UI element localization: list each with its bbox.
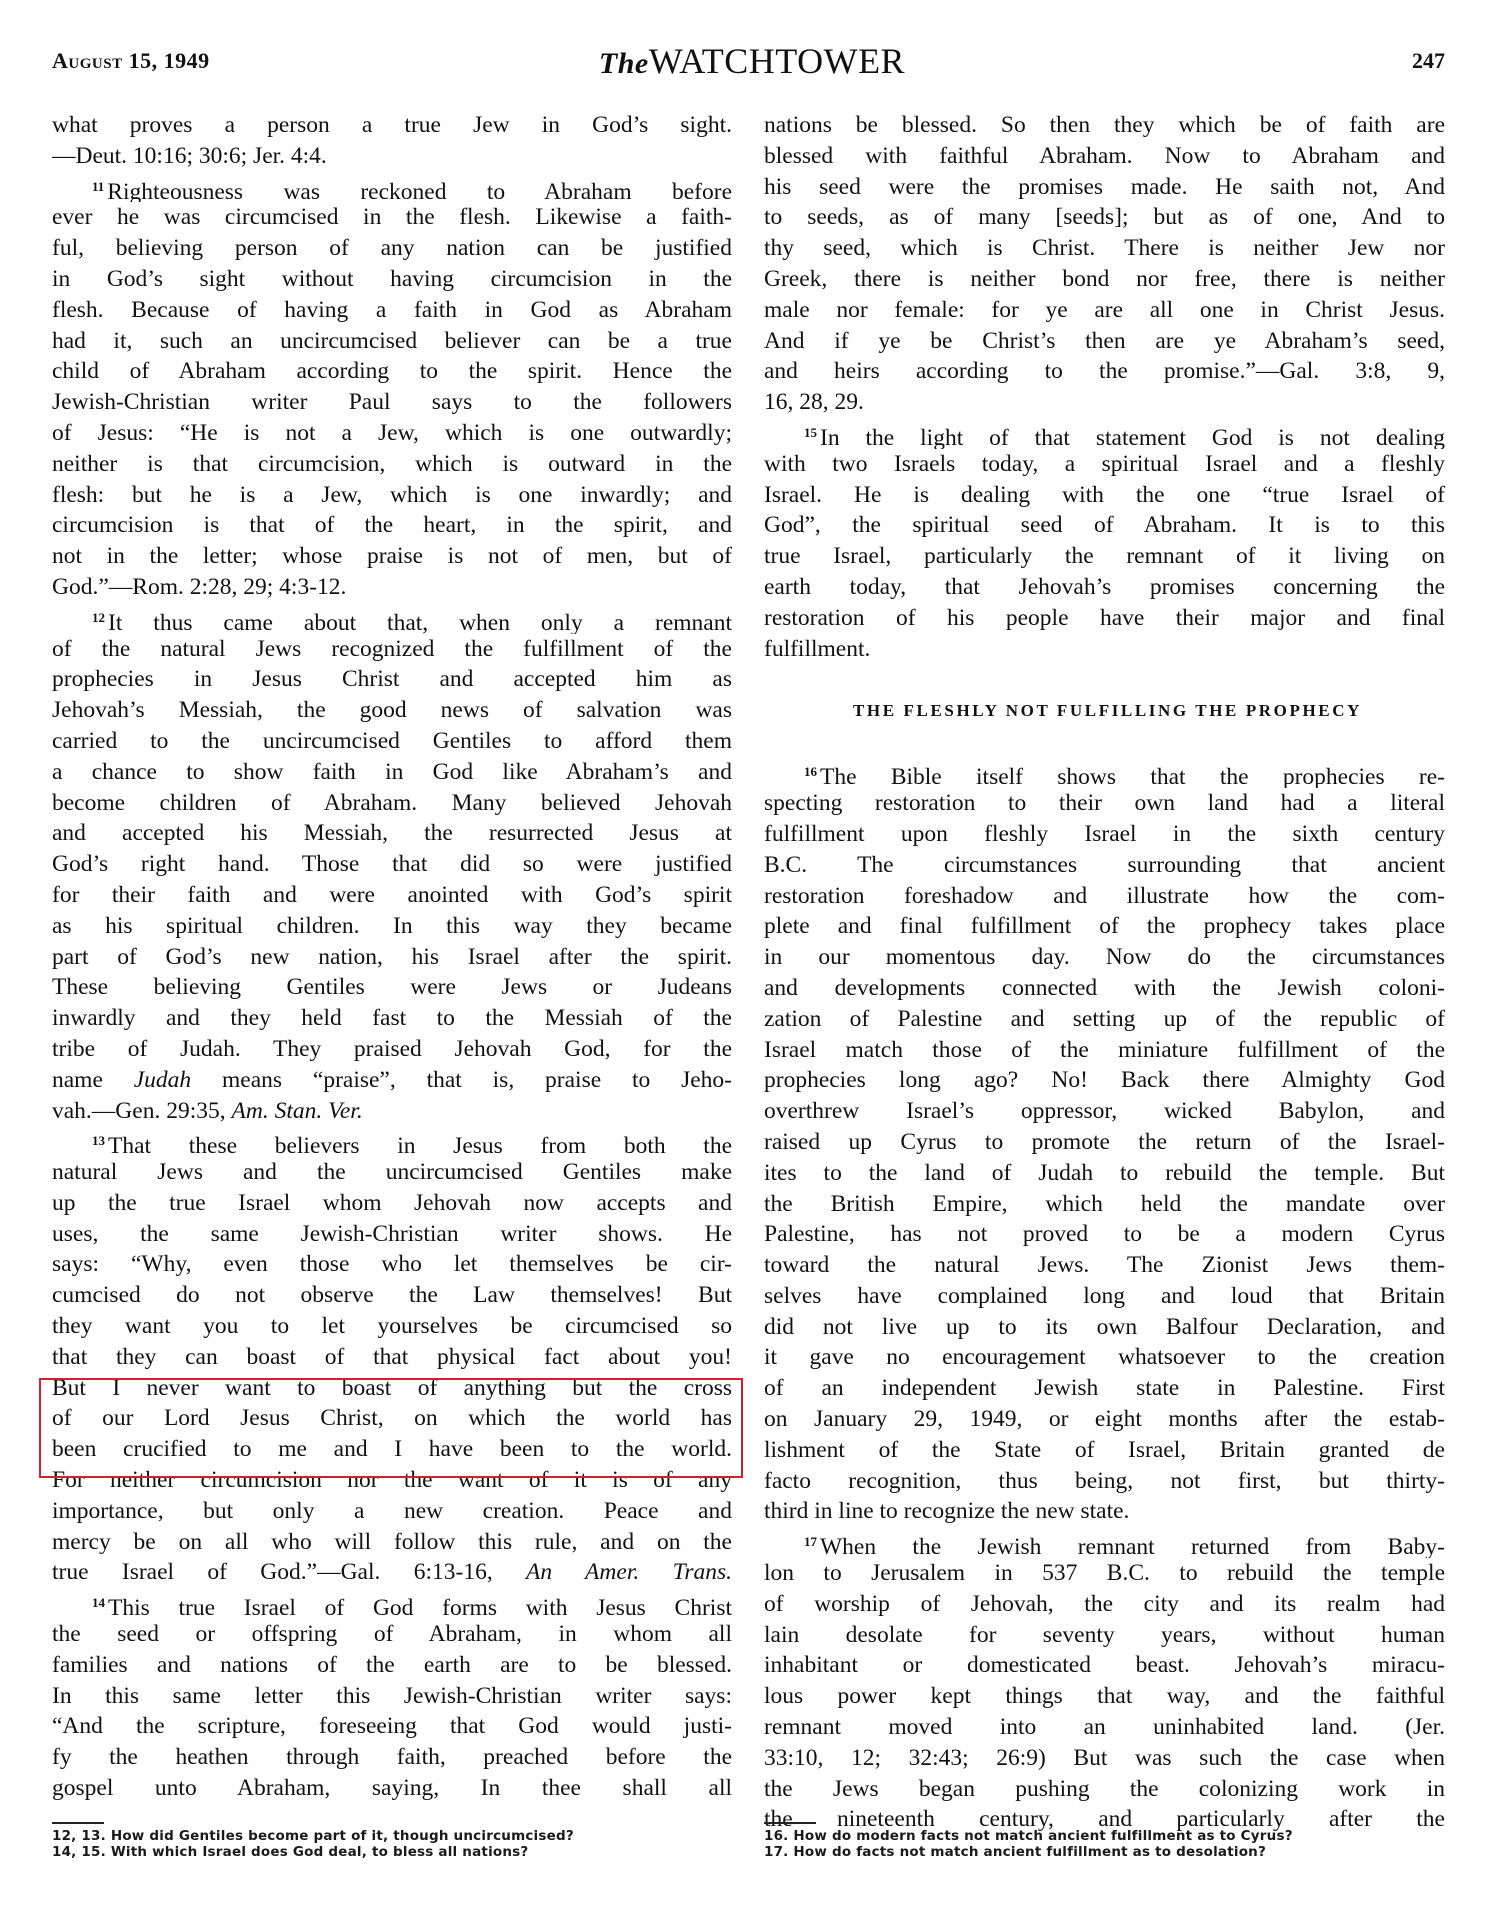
paragraph-start-line: 14This true Israel of God forms with Jes… xyxy=(52,1588,732,1619)
line-text: of worship of Jehovah, the city and its … xyxy=(764,1591,1445,1617)
line-text: for their faith and were anointed with G… xyxy=(52,882,732,908)
title-main: WATCHTOWER xyxy=(649,41,905,81)
text-line: in our momentous day. Now do the circums… xyxy=(764,942,1445,973)
paragraph-number: 17 xyxy=(804,1534,817,1549)
line-text: male nor female: for ye are all one in C… xyxy=(764,297,1445,323)
line-text: his seed were the promises made. He sait… xyxy=(764,174,1445,200)
line-text: blessed with faithful Abraham. Now to Ab… xyxy=(764,143,1445,169)
publication-title: TheWATCHTOWER xyxy=(567,40,937,82)
text-line: true Israel, particularly the remnant of… xyxy=(764,541,1445,572)
line-text: name Judah means “praise”, that is, prai… xyxy=(52,1067,732,1093)
text-line: that they can boast of that physical fac… xyxy=(52,1342,732,1373)
paragraph-number: 16 xyxy=(804,764,817,779)
text-line: and heirs according to the promise.”—Gal… xyxy=(764,356,1445,387)
line-text: on January 29, 1949, or eight months aft… xyxy=(764,1406,1445,1432)
footnote-rule-right xyxy=(764,1822,816,1824)
italic-reference: Judah xyxy=(134,1067,191,1093)
line-text: Greek, there is neither bond nor free, t… xyxy=(764,266,1445,292)
text-line: fulfillment. xyxy=(764,634,1445,665)
footnote-question: 12, 13. How did Gentiles become part of … xyxy=(52,1829,574,1845)
text-line: ful, believing person of any nation can … xyxy=(52,233,732,264)
text-line: families and nations of the earth are to… xyxy=(52,1650,732,1681)
text-line: natural Jews and the uncircumcised Genti… xyxy=(52,1157,732,1188)
section-subheading: THE FLESHLY NOT FULFILLING THE PROPHECY xyxy=(764,664,1445,757)
text-line: did not live up to its own Balfour Decla… xyxy=(764,1312,1445,1343)
text-line: of our Lord Jesus Christ, on which the w… xyxy=(52,1403,732,1434)
text-line: “And the scripture, foreseeing that God … xyxy=(52,1711,732,1742)
line-text: thy seed, which is Christ. There is neit… xyxy=(764,235,1445,261)
text-line: been crucified to me and I have been to … xyxy=(52,1434,732,1465)
line-text: ites to the land of Judah to rebuild the… xyxy=(764,1160,1445,1186)
text-line: blessed with faithful Abraham. Now to Ab… xyxy=(764,141,1445,172)
text-line: on January 29, 1949, or eight months aft… xyxy=(764,1404,1445,1435)
text-line: neither is that circumcision, which is o… xyxy=(52,449,732,480)
line-text: in God’s sight without having circumcisi… xyxy=(52,266,732,292)
text-line: zation of Palestine and setting up of th… xyxy=(764,1004,1445,1035)
text-line: flesh: but he is a Jew, which is one inw… xyxy=(52,480,732,511)
text-line: importance, but only a new creation. Pea… xyxy=(52,1496,732,1527)
text-line: and developments connected with the Jewi… xyxy=(764,973,1445,1004)
line-text: raised up Cyrus to promote the return of… xyxy=(764,1129,1445,1155)
text-line: flesh. Because of having a faith in God … xyxy=(52,295,732,326)
text-line: prophecies long ago? No! Back there Almi… xyxy=(764,1065,1445,1096)
title-prefix: The xyxy=(599,47,649,80)
text-line: for their faith and were anointed with G… xyxy=(52,880,732,911)
line-text: tribe of Judah. They praised Jehovah God… xyxy=(52,1036,732,1062)
line-text: to seeds, as of many [seeds]; but as of … xyxy=(764,204,1445,230)
text-line: tribe of Judah. They praised Jehovah God… xyxy=(52,1034,732,1065)
text-line: cumcised do not observe the Law themselv… xyxy=(52,1280,732,1311)
text-line: But I never want to boast of anything bu… xyxy=(52,1373,732,1404)
line-text: and developments connected with the Jewi… xyxy=(764,975,1445,1001)
paragraph-number: 15 xyxy=(804,425,817,440)
line-text: neither is that circumcision, which is o… xyxy=(52,451,732,477)
text-line: inhabitant or domesticated beast. Jehova… xyxy=(764,1650,1445,1681)
line-text: circumcision is that of the heart, in th… xyxy=(52,512,732,538)
text-line: up the true Israel whom Jehovah now acce… xyxy=(52,1188,732,1219)
text-line: selves have complained long and loud tha… xyxy=(764,1281,1445,1312)
text-line: circumcision is that of the heart, in th… xyxy=(52,510,732,541)
text-line: lishment of the State of Israel, Britain… xyxy=(764,1435,1445,1466)
text-line: gospel unto Abraham, saying, In thee sha… xyxy=(52,1773,732,1804)
footnotes-left: 12, 13. How did Gentiles become part of … xyxy=(52,1829,574,1860)
line-text: restoration foreshadow and illustrate ho… xyxy=(764,883,1445,909)
line-text: lous power kept things that way, and the… xyxy=(764,1683,1445,1709)
line-text: selves have complained long and loud tha… xyxy=(764,1283,1445,1309)
line-text: that they can boast of that physical fac… xyxy=(52,1344,732,1370)
line-text: the Jews began pushing the colonizing wo… xyxy=(764,1776,1445,1802)
line-text: And if ye be Christ’s then are ye Abraha… xyxy=(764,328,1445,354)
line-text: God”, the spiritual seed of Abraham. It … xyxy=(764,512,1445,538)
paragraph-number: 12 xyxy=(92,610,105,625)
text-line: restoration foreshadow and illustrate ho… xyxy=(764,881,1445,912)
text-line: 16, 28, 29. xyxy=(764,387,1445,418)
text-line: specting restoration to their own land h… xyxy=(764,788,1445,819)
text-line: true Israel of God.”—Gal. 6:13-16, An Am… xyxy=(52,1557,732,1588)
text-line: inwardly and they held fast to the Messi… xyxy=(52,1003,732,1034)
text-line: uses, the same Jewish-Christian writer s… xyxy=(52,1219,732,1250)
line-text: true Israel, particularly the remnant of… xyxy=(764,543,1445,569)
line-text: been crucified to me and I have been to … xyxy=(52,1436,732,1462)
text-line: a chance to show faith in God like Abrah… xyxy=(52,757,732,788)
paragraph-start-line: 17When the Jewish remnant returned from … xyxy=(764,1527,1445,1558)
text-line: child of Abraham according to the spirit… xyxy=(52,356,732,387)
text-line: ever he was circumcised in the flesh. Li… xyxy=(52,202,732,233)
paragraph-start-line: 13That these believers in Jesus from bot… xyxy=(52,1126,732,1157)
text-line: earth today, that Jehovah’s promises con… xyxy=(764,572,1445,603)
line-text: of our Lord Jesus Christ, on which the w… xyxy=(52,1405,732,1431)
italic-reference: Am. Stan. Ver. xyxy=(232,1098,363,1124)
text-line: had it, such an uncircumcised believer c… xyxy=(52,326,732,357)
line-text: third in line to recognize the new state… xyxy=(764,1498,1129,1524)
paragraph-start-line: 16The Bible itself shows that the prophe… xyxy=(764,757,1445,788)
line-text: lishment of the State of Israel, Britain… xyxy=(764,1437,1445,1463)
line-text: they want you to let yourselves be circu… xyxy=(52,1313,732,1339)
line-text: says: “Why, even those who let themselve… xyxy=(52,1251,732,1277)
line-text: become children of Abraham. Many believe… xyxy=(52,790,732,816)
line-text: This true Israel of God forms with Jesus… xyxy=(108,1595,732,1619)
page-header: August 15, 1949 TheWATCHTOWER 247 xyxy=(52,40,1445,88)
line-text: what proves a person a true Jew in God’s… xyxy=(52,112,732,138)
line-text: prophecies in Jesus Christ and accepted … xyxy=(52,666,732,692)
text-line: lous power kept things that way, and the… xyxy=(764,1681,1445,1712)
line-text: nations be blessed. So then they which b… xyxy=(764,112,1445,138)
line-text: But I never want to boast of anything bu… xyxy=(52,1375,732,1401)
line-text: in our momentous day. Now do the circums… xyxy=(764,944,1445,970)
line-text: and heirs according to the promise.”—Gal… xyxy=(764,358,1445,384)
line-text: plete and final fulfillment of the proph… xyxy=(764,913,1445,939)
line-text: Righteousness was reckoned to Abraham be… xyxy=(107,179,732,203)
text-line: of an independent Jewish state in Palest… xyxy=(764,1373,1445,1404)
line-text: In the light of that statement God is no… xyxy=(820,425,1445,449)
line-text: fulfillment upon fleshly Israel in the s… xyxy=(764,821,1445,847)
text-line: to seeds, as of many [seeds]; but as of … xyxy=(764,202,1445,233)
line-text: Israel. He is dealing with the one “true… xyxy=(764,482,1445,508)
line-text: The Bible itself shows that the propheci… xyxy=(820,764,1445,788)
line-text: These believing Gentiles were Jews or Ju… xyxy=(52,974,732,1000)
line-text: 16, 28, 29. xyxy=(764,389,864,415)
line-text: Palestine, has not proved to be a modern… xyxy=(764,1221,1445,1247)
text-line: God.”—Rom. 2:28, 29; 4:3-12. xyxy=(52,572,732,603)
text-line: male nor female: for ye are all one in C… xyxy=(764,295,1445,326)
text-line: his seed were the promises made. He sait… xyxy=(764,172,1445,203)
line-text: natural Jews and the uncircumcised Genti… xyxy=(52,1159,732,1185)
line-text: When the Jewish remnant returned from Ba… xyxy=(820,1534,1445,1558)
text-line: Greek, there is neither bond nor free, t… xyxy=(764,264,1445,295)
text-line: of Jesus: “He is not a Jew, which is one… xyxy=(52,418,732,449)
line-text: of Jesus: “He is not a Jew, which is one… xyxy=(52,420,732,446)
footnote-question: 14, 15. With which Israel does God deal,… xyxy=(52,1845,574,1861)
line-text: fulfillment. xyxy=(764,636,870,662)
text-line: of worship of Jehovah, the city and its … xyxy=(764,1589,1445,1620)
line-text: families and nations of the earth are to… xyxy=(52,1652,732,1678)
text-line: remnant moved into an uninhabited land. … xyxy=(764,1712,1445,1743)
footnote-question: 17. How do facts not match ancient fulfi… xyxy=(764,1845,1293,1861)
text-line: become children of Abraham. Many believe… xyxy=(52,788,732,819)
line-text: God’s right hand. Those that did so were… xyxy=(52,851,732,877)
italic-reference: An Amer. Trans. xyxy=(526,1559,732,1585)
text-line: God”, the spiritual seed of Abraham. It … xyxy=(764,510,1445,541)
line-text: uses, the same Jewish-Christian writer s… xyxy=(52,1221,732,1247)
text-line: plete and final fulfillment of the proph… xyxy=(764,911,1445,942)
text-line: God’s right hand. Those that did so were… xyxy=(52,849,732,880)
text-line: of the natural Jews recognized the fulfi… xyxy=(52,634,732,665)
line-text: gospel unto Abraham, saying, In thee sha… xyxy=(52,1775,732,1801)
line-text: cumcised do not observe the Law themselv… xyxy=(52,1282,732,1308)
text-line: the seed or offspring of Abraham, in who… xyxy=(52,1619,732,1650)
line-text: “And the scripture, foreseeing that God … xyxy=(52,1713,732,1739)
paragraph-start-line: 15In the light of that statement God is … xyxy=(764,418,1445,449)
footnote-rule-left xyxy=(52,1822,104,1824)
line-text: —Deut. 10:16; 30:6; Jer. 4:4. xyxy=(52,143,327,169)
footnote-question: 16. How do modern facts not match ancien… xyxy=(764,1829,1293,1845)
text-line: restoration of his people have their maj… xyxy=(764,603,1445,634)
text-line: what proves a person a true Jew in God’s… xyxy=(52,110,732,141)
line-text: remnant moved into an uninhabited land. … xyxy=(764,1714,1445,1740)
text-line: mercy be on all who will follow this rul… xyxy=(52,1527,732,1558)
line-text: prophecies long ago? No! Back there Almi… xyxy=(764,1067,1445,1093)
text-line: —Deut. 10:16; 30:6; Jer. 4:4. xyxy=(52,141,732,172)
line-text: mercy be on all who will follow this rul… xyxy=(52,1529,732,1555)
text-line: the Jews began pushing the colonizing wo… xyxy=(764,1774,1445,1805)
text-line: in God’s sight without having circumcisi… xyxy=(52,264,732,295)
line-text: with two Israels today, a spiritual Isra… xyxy=(764,451,1445,477)
line-text: For neither circumcision nor the want of… xyxy=(52,1467,732,1493)
line-text: did not live up to its own Balfour Decla… xyxy=(764,1314,1445,1340)
text-line: 33:10, 12; 32:43; 26:9) But was such the… xyxy=(764,1743,1445,1774)
page-number: 247 xyxy=(1412,48,1445,74)
text-line: These believing Gentiles were Jews or Ju… xyxy=(52,972,732,1003)
line-text: true Israel of God.”—Gal. 6:13-16, An Am… xyxy=(52,1559,732,1585)
text-line: lon to Jerusalem in 537 B.C. to rebuild … xyxy=(764,1558,1445,1589)
line-text: inhabitant or domesticated beast. Jehova… xyxy=(764,1652,1445,1678)
text-line: prophecies in Jesus Christ and accepted … xyxy=(52,664,732,695)
line-text: the British Empire, which held the manda… xyxy=(764,1191,1445,1217)
text-line: fy the heathen through faith, preached b… xyxy=(52,1742,732,1773)
paragraph-number: 13 xyxy=(92,1133,105,1148)
line-text: it gave no encouragement whatsoever to t… xyxy=(764,1344,1445,1370)
line-text: In this same letter this Jewish-Christia… xyxy=(52,1683,732,1709)
line-text: ful, believing person of any nation can … xyxy=(52,235,732,261)
line-text: lain desolate for seventy years, without… xyxy=(764,1622,1445,1648)
text-line: with two Israels today, a spiritual Isra… xyxy=(764,449,1445,480)
text-line: Jehovah’s Messiah, the good news of salv… xyxy=(52,695,732,726)
line-text: vah.—Gen. 29:35, Am. Stan. Ver. xyxy=(52,1098,363,1124)
text-line: overthrew Israel’s oppressor, wicked Bab… xyxy=(764,1096,1445,1127)
line-text: the seed or offspring of Abraham, in who… xyxy=(52,1621,732,1647)
paragraph-number: 11 xyxy=(92,179,104,194)
text-line: nations be blessed. So then they which b… xyxy=(764,110,1445,141)
line-text: inwardly and they held fast to the Messi… xyxy=(52,1005,732,1031)
line-text: up the true Israel whom Jehovah now acce… xyxy=(52,1190,732,1216)
line-text: and accepted his Messiah, the resurrecte… xyxy=(52,820,732,846)
text-line: And if ye be Christ’s then are ye Abraha… xyxy=(764,326,1445,357)
text-line: not in the letter; whose praise is not o… xyxy=(52,541,732,572)
line-text: of an independent Jewish state in Palest… xyxy=(764,1375,1445,1401)
line-text: had it, such an uncircumcised believer c… xyxy=(52,328,732,354)
paragraph-start-line: 12It thus came about that, when only a r… xyxy=(52,603,732,634)
line-text: toward the natural Jews. The Zionist Jew… xyxy=(764,1252,1445,1278)
line-text: a chance to show faith in God like Abrah… xyxy=(52,759,732,785)
line-text: as his spiritual children. In this way t… xyxy=(52,913,732,939)
line-text: child of Abraham according to the spirit… xyxy=(52,358,732,384)
text-line: part of God’s new nation, his Israel aft… xyxy=(52,942,732,973)
text-line: carried to the uncircumcised Gentiles to… xyxy=(52,726,732,757)
line-text: ever he was circumcised in the flesh. Li… xyxy=(52,204,732,230)
text-line: raised up Cyrus to promote the return of… xyxy=(764,1127,1445,1158)
line-text: flesh: but he is a Jew, which is one inw… xyxy=(52,482,732,508)
line-text: 33:10, 12; 32:43; 26:9) But was such the… xyxy=(764,1745,1445,1771)
line-text: facto recognition, thus being, not first… xyxy=(764,1468,1445,1494)
line-text: part of God’s new nation, his Israel aft… xyxy=(52,944,732,970)
line-text: Jewish-Christian writer Paul says to the… xyxy=(52,389,732,415)
line-text: carried to the uncircumcised Gentiles to… xyxy=(52,728,732,754)
footnotes-right: 16. How do modern facts not match ancien… xyxy=(764,1829,1293,1860)
issue-date: August 15, 1949 xyxy=(52,48,210,74)
text-line: B.C. The circumstances surrounding that … xyxy=(764,850,1445,881)
paragraph-number: 14 xyxy=(92,1595,105,1610)
line-text: of the natural Jews recognized the fulfi… xyxy=(52,636,732,662)
line-text: restoration of his people have their maj… xyxy=(764,605,1445,631)
text-line: as his spiritual children. In this way t… xyxy=(52,911,732,942)
text-line: For neither circumcision nor the want of… xyxy=(52,1465,732,1496)
text-line: vah.—Gen. 29:35, Am. Stan. Ver. xyxy=(52,1096,732,1127)
left-column: what proves a person a true Jew in God’s… xyxy=(52,110,732,1804)
line-text: Israel match those of the miniature fulf… xyxy=(764,1037,1445,1063)
text-line: they want you to let yourselves be circu… xyxy=(52,1311,732,1342)
line-text: lon to Jerusalem in 537 B.C. to rebuild … xyxy=(764,1560,1445,1586)
line-text: flesh. Because of having a faith in God … xyxy=(52,297,732,323)
right-column: nations be blessed. So then they which b… xyxy=(764,110,1445,1835)
text-line: fulfillment upon fleshly Israel in the s… xyxy=(764,819,1445,850)
text-line: and accepted his Messiah, the resurrecte… xyxy=(52,818,732,849)
line-text: zation of Palestine and setting up of th… xyxy=(764,1006,1445,1032)
line-text: fy the heathen through faith, preached b… xyxy=(52,1744,732,1770)
text-line: Jewish-Christian writer Paul says to the… xyxy=(52,387,732,418)
text-line: toward the natural Jews. The Zionist Jew… xyxy=(764,1250,1445,1281)
line-text: not in the letter; whose praise is not o… xyxy=(52,543,732,569)
text-line: it gave no encouragement whatsoever to t… xyxy=(764,1342,1445,1373)
text-line: Palestine, has not proved to be a modern… xyxy=(764,1219,1445,1250)
text-line: In this same letter this Jewish-Christia… xyxy=(52,1681,732,1712)
line-text: B.C. The circumstances surrounding that … xyxy=(764,852,1445,878)
text-line: thy seed, which is Christ. There is neit… xyxy=(764,233,1445,264)
line-text: It thus came about that, when only a rem… xyxy=(108,610,732,634)
text-line: says: “Why, even those who let themselve… xyxy=(52,1249,732,1280)
text-line: ites to the land of Judah to rebuild the… xyxy=(764,1158,1445,1189)
line-text: That these believers in Jesus from both … xyxy=(108,1133,732,1157)
line-text: God.”—Rom. 2:28, 29; 4:3-12. xyxy=(52,574,346,600)
text-line: Israel match those of the miniature fulf… xyxy=(764,1035,1445,1066)
line-text: importance, but only a new creation. Pea… xyxy=(52,1498,732,1524)
text-line: name Judah means “praise”, that is, prai… xyxy=(52,1065,732,1096)
line-text: specting restoration to their own land h… xyxy=(764,790,1445,816)
text-line: facto recognition, thus being, not first… xyxy=(764,1466,1445,1497)
line-text: overthrew Israel’s oppressor, wicked Bab… xyxy=(764,1098,1445,1124)
line-text: Jehovah’s Messiah, the good news of salv… xyxy=(52,697,732,723)
text-line: the British Empire, which held the manda… xyxy=(764,1189,1445,1220)
text-line: Israel. He is dealing with the one “true… xyxy=(764,480,1445,511)
text-line: lain desolate for seventy years, without… xyxy=(764,1620,1445,1651)
text-line: third in line to recognize the new state… xyxy=(764,1496,1445,1527)
line-text: earth today, that Jehovah’s promises con… xyxy=(764,574,1445,600)
paragraph-start-line: 11Righteousness was reckoned to Abraham … xyxy=(52,172,732,203)
